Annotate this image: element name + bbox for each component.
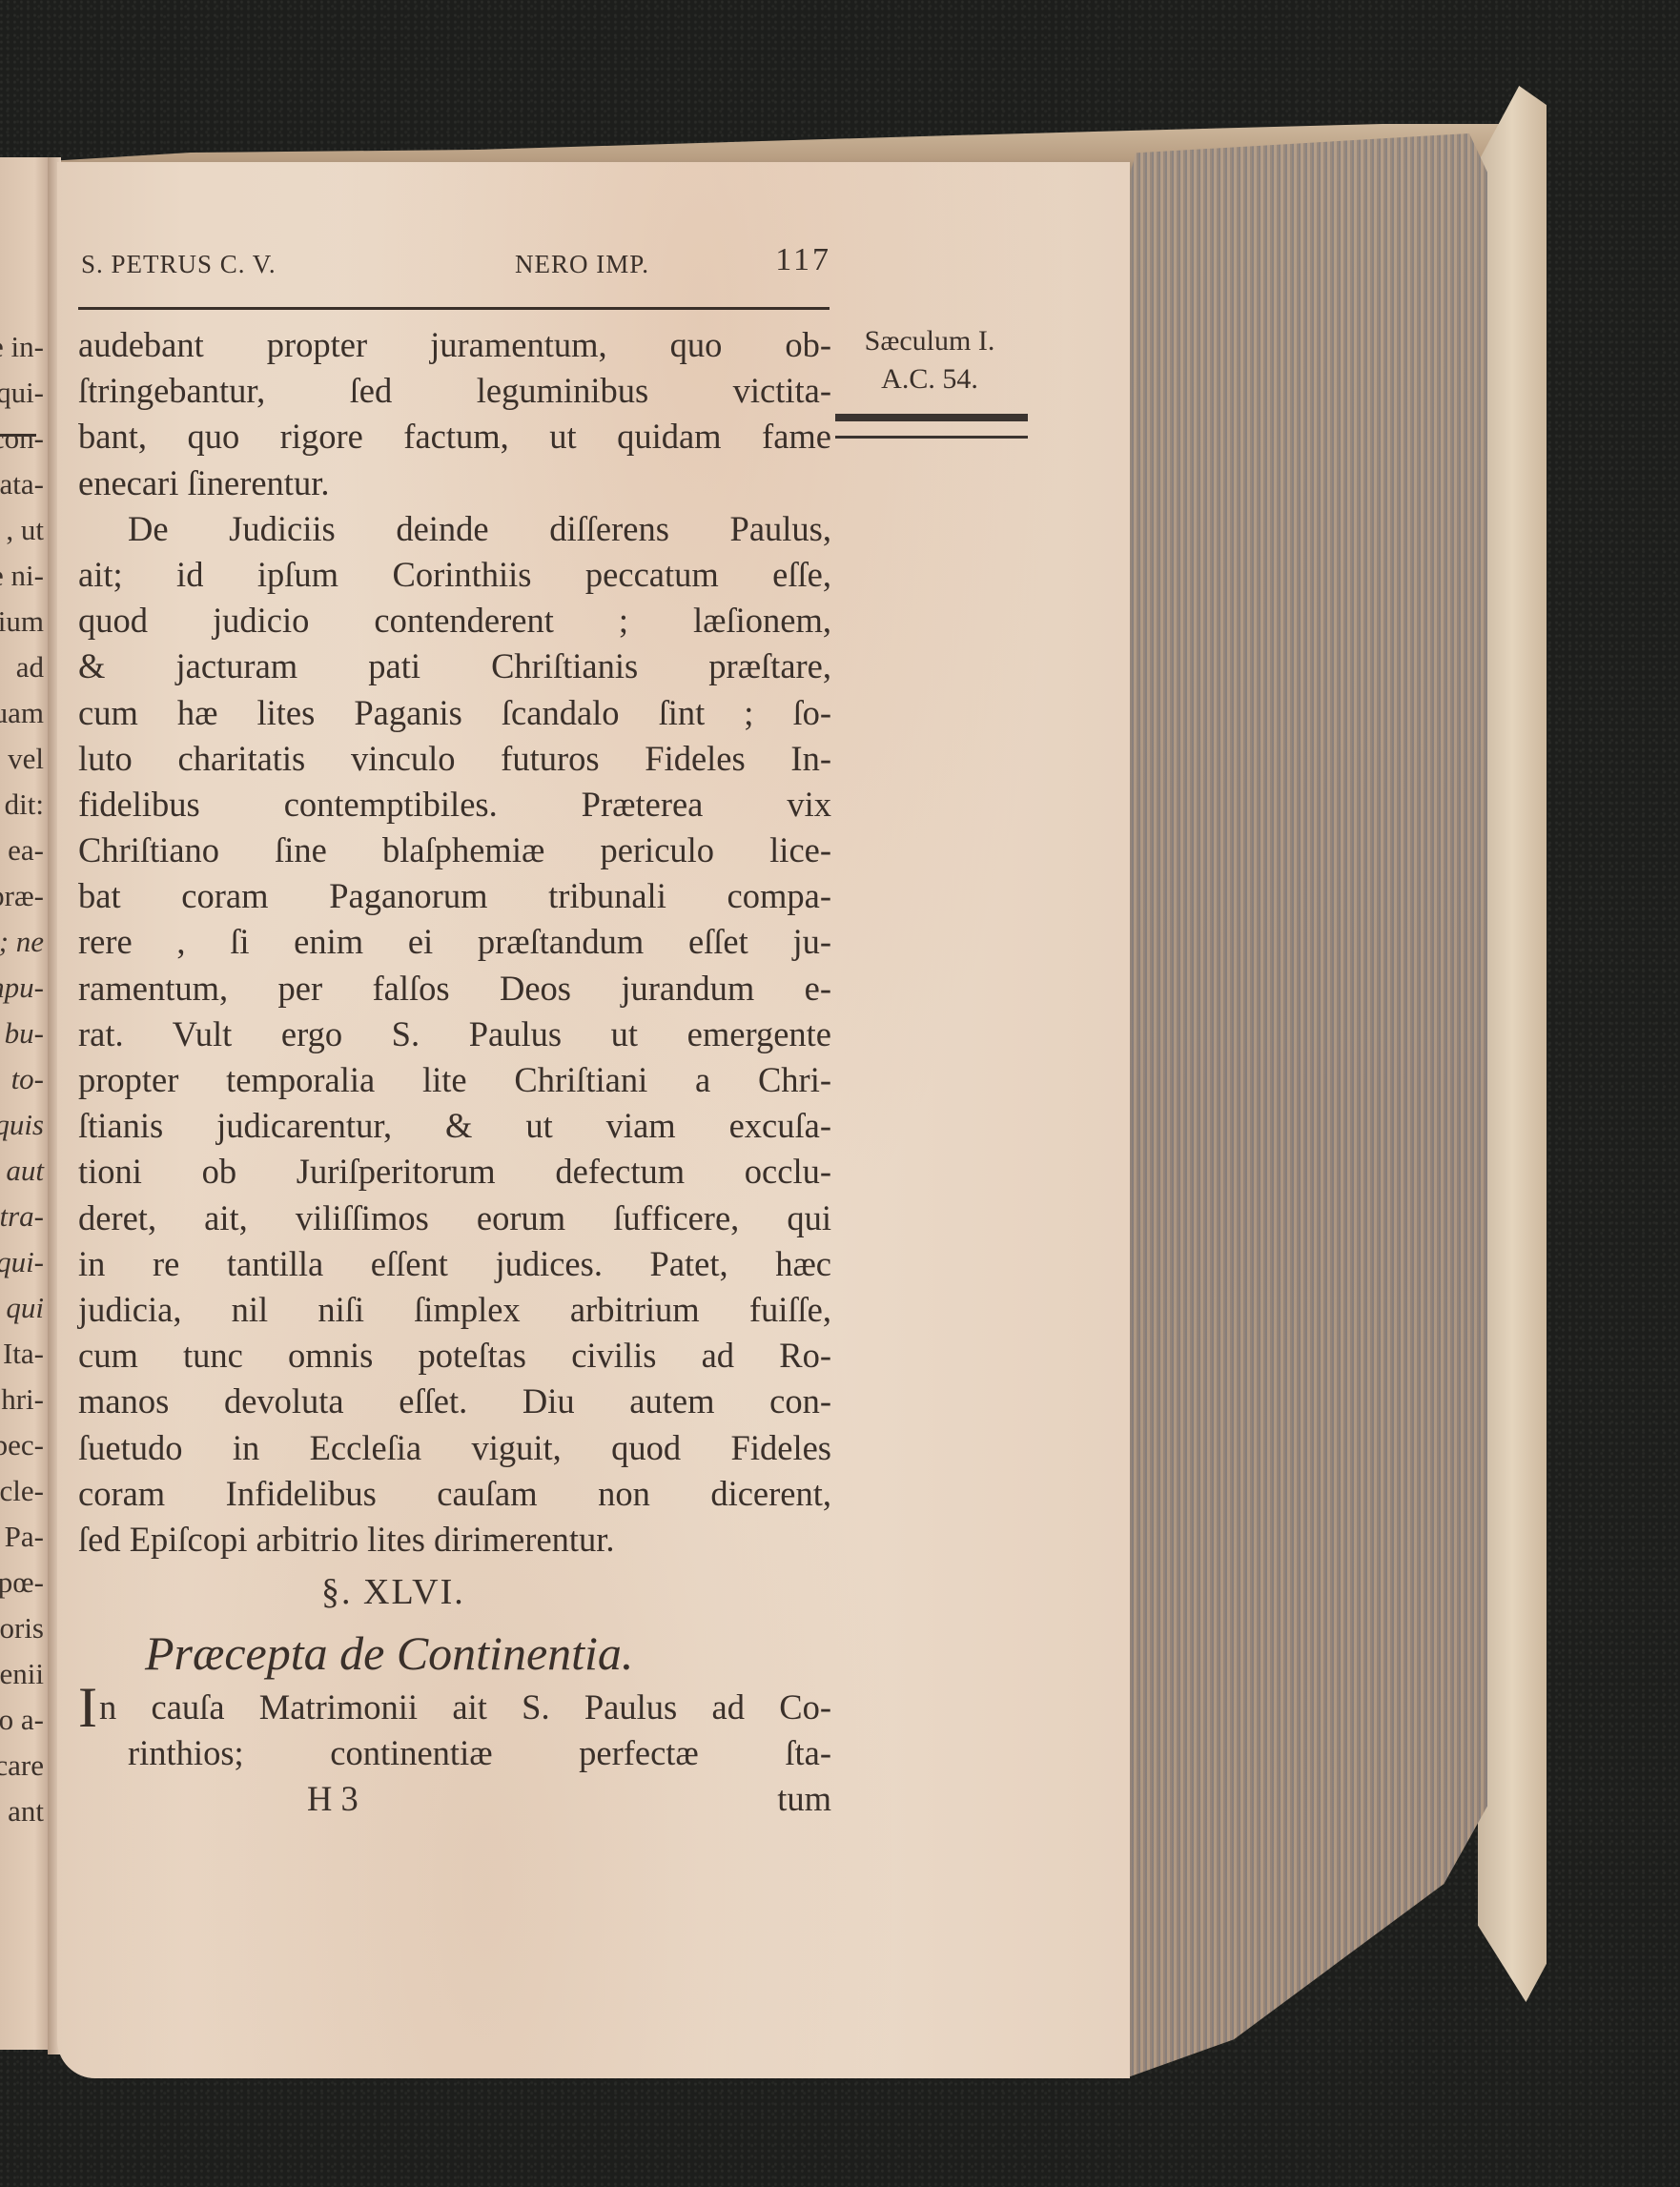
margin-thin-rule xyxy=(835,436,1028,439)
margin-note-year: A.C. 54. xyxy=(830,360,1030,399)
text-line: ſuetudo in Eccleſia viguit, quod Fideles xyxy=(78,1425,831,1471)
left-page-line-end: ad xyxy=(0,644,44,690)
drop-initial: I xyxy=(78,1676,97,1739)
signature-mark: H 3 xyxy=(307,1776,359,1822)
text-line: bat coram Paganorum tribunali compa- xyxy=(78,873,831,919)
text-line: ſtianis judicarentur, & ut viam excuſa- xyxy=(78,1103,831,1149)
left-page-line-end: dit: xyxy=(0,782,44,828)
text-line: fidelibus contemptibiles. Præterea vix xyxy=(78,782,831,828)
left-page-line-end: Pa- xyxy=(0,1514,44,1560)
head-rule xyxy=(78,307,830,310)
text-line: judicia, nil niſi ſimplex arbitrium fuiſ… xyxy=(78,1287,831,1333)
paragraph-1: audebant propter juramentum, quo ob- ſtr… xyxy=(78,322,831,506)
left-page-line-end: npu- xyxy=(0,965,44,1011)
main-text-block: audebant propter juramentum, quo ob- ſtr… xyxy=(78,322,831,1823)
text-line: luto charitatis vinculo futuros Fideles … xyxy=(78,736,831,782)
section-line-1: n cauſa Matrimonii ait S. Paulus ad Co- xyxy=(99,1687,831,1727)
text-line: enecari ſinerentur. xyxy=(78,460,831,506)
text-line: rat. Vult ergo S. Paulus ut emergente xyxy=(78,1012,831,1057)
text-line: ramentum, per falſos Deos jurandum e- xyxy=(78,966,831,1012)
text-line: bant, quo rigore factum, ut quidam fame xyxy=(78,414,831,460)
text-line: In cauſa Matrimonii ait S. Paulus ad Co- xyxy=(78,1685,831,1730)
text-line: deret, ait, viliſſimos eorum ſufficere, … xyxy=(78,1196,831,1241)
left-page-line-end: bu- xyxy=(0,1011,44,1056)
left-page-line-end: qui xyxy=(0,1285,44,1331)
section-number: §. XLVI. xyxy=(78,1563,831,1622)
text-line: ait; id ipſum Corinthiis peccatum eſſe, xyxy=(78,552,831,598)
text-line: cum hæ lites Paganis ſcandalo ſint ; ſo- xyxy=(78,690,831,736)
left-page-line-end: uam xyxy=(0,690,44,736)
left-page-line-end: o a- xyxy=(0,1697,44,1743)
left-page-line-end: e in- xyxy=(0,324,44,370)
left-page-line-end: pœ- xyxy=(0,1560,44,1605)
cover-board xyxy=(1478,86,1547,2002)
running-head: S. PETRUS C. V. NERO IMP. 117 xyxy=(81,240,831,288)
text-line: cum tunc omnis poteſtas civilis ad Ro- xyxy=(78,1333,831,1379)
text-line: quod judicio contenderent ; læſionem, xyxy=(78,598,831,644)
running-head-left: S. PETRUS C. V. xyxy=(81,250,277,279)
left-page-line-end: , ut xyxy=(0,507,44,553)
left-page-line-end: qui- xyxy=(0,1239,44,1285)
text-line: in re tantilla eſſent judices. Patet, hæ… xyxy=(78,1241,831,1287)
catchword: tum xyxy=(777,1776,831,1822)
left-page-line-end: care xyxy=(0,1743,44,1788)
left-page-line-end: præ- xyxy=(0,873,44,919)
text-line: & jacturam pati Chriſtianis præſtare, xyxy=(78,644,831,689)
margin-note-century: Sæculum I. xyxy=(830,322,1030,360)
left-page-line-end: hri- xyxy=(0,1377,44,1422)
left-page-line-end: Ita- xyxy=(0,1331,44,1377)
left-page-line-end: cle- xyxy=(0,1468,44,1514)
section-title: Præcepta de Continentia. xyxy=(78,1622,831,1685)
book-spread: e in-qui-con-Sata-, ute ni-iumaduam, vel… xyxy=(0,0,1680,2187)
left-page-line-end: oris xyxy=(0,1605,44,1651)
left-page-line-end: ium xyxy=(0,599,44,644)
left-page-line-end: , vel xyxy=(0,736,44,782)
text-line: De Judiciis deinde diſſerens Paulus, xyxy=(78,506,831,552)
text-line: ſtringebantur, ſed leguminibus victita- xyxy=(78,368,831,414)
text-line: rere , ſi enim ei præſtandum eſſet ju- xyxy=(78,919,831,965)
left-page-line-end: qui- xyxy=(0,370,44,416)
left-page-line-end: Sata- xyxy=(0,461,44,507)
text-line: propter temporalia lite Chriſtiani a Chr… xyxy=(78,1057,831,1103)
left-page-line-end: enii xyxy=(0,1651,44,1697)
text-line: ſed Epiſcopi arbitrio lites dirimerentur… xyxy=(78,1517,831,1563)
left-page-line-end: ; ne xyxy=(0,919,44,965)
text-line: manos devoluta eſſet. Diu autem con- xyxy=(78,1379,831,1424)
left-page-line-end: ea- xyxy=(0,828,44,873)
left-page-line-end: pec- xyxy=(0,1422,44,1468)
left-page-line-end: tra- xyxy=(0,1194,44,1239)
footer-line: H 3 tum xyxy=(78,1776,831,1822)
left-page-line-end: to- xyxy=(0,1056,44,1102)
text-line: tioni ob Juriſperitorum defectum occlu- xyxy=(78,1149,831,1195)
left-page-fragment: e in-qui-con-Sata-, ute ni-iumaduam, vel… xyxy=(0,157,50,2050)
left-page-line-ends: e in-qui-con-Sata-, ute ni-iumaduam, vel… xyxy=(0,324,44,1834)
text-line: rinthios; continentiæ perfectæ ſta- xyxy=(78,1730,831,1776)
text-line: audebant propter juramentum, quo ob- xyxy=(78,322,831,368)
left-page-line-end: con- xyxy=(0,416,44,461)
text-line: coram Infidelibus cauſam non dicerent, xyxy=(78,1471,831,1517)
page-stack-fore-edge xyxy=(1125,133,1487,2078)
margin-thick-rule xyxy=(835,414,1028,421)
page-number: 117 xyxy=(775,242,831,278)
left-page-line-end: quis xyxy=(0,1102,44,1148)
paragraph-2: De Judiciis deinde diſſerens Paulus, ait… xyxy=(78,506,831,1563)
left-page-line-end: ant xyxy=(0,1788,44,1834)
left-page-line-end: e ni- xyxy=(0,553,44,599)
left-page-line-end: aut xyxy=(0,1148,44,1194)
running-head-center: NERO IMP. xyxy=(515,250,649,279)
margin-note: Sæculum I. A.C. 54. xyxy=(830,322,1030,399)
text-line: Chriſtiano ſine blaſphemiæ periculo lice… xyxy=(78,828,831,873)
